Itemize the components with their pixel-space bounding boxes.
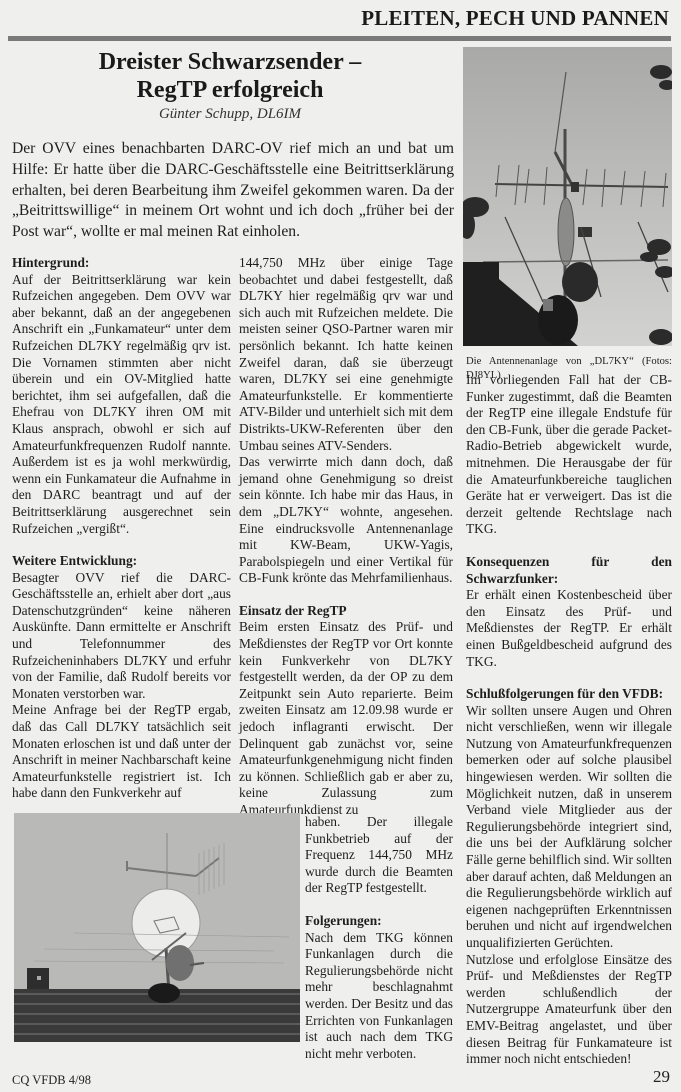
byline: Günter Schupp, DL6IM bbox=[20, 106, 440, 123]
text-hintergrund: Auf der Beitrittserklärung war kein Rufz… bbox=[12, 272, 231, 538]
headline-line-1: Dreister Schwarzsender – bbox=[20, 48, 440, 76]
text-konsequenzen: Er erhält einen Kostenbescheid über den … bbox=[466, 587, 672, 670]
header-rule bbox=[8, 36, 671, 41]
column-2-continued: haben. Der illegale Funkbetrieb auf der … bbox=[305, 814, 453, 1062]
antenna-photo-bottom bbox=[14, 813, 300, 1042]
text-einsatz: Beim ersten Einsatz des Prüf- und Meßdie… bbox=[239, 619, 453, 818]
heading-schlussfolgerungen: Schlußfolgerungen für den VFDB: bbox=[466, 686, 672, 703]
antenna-photo-top bbox=[463, 47, 672, 346]
antenna-photo-image bbox=[463, 47, 672, 346]
column-2: 144,750 MHz über einige Tage beobachtet … bbox=[239, 255, 453, 819]
intro-paragraph: Der OVV eines benachbarten DARC-OV rief … bbox=[12, 139, 454, 243]
text-folgerungen: Nach dem TKG können Funkanlagen durch di… bbox=[305, 930, 453, 1063]
heading-einsatz: Einsatz der RegTP bbox=[239, 603, 453, 620]
text-entwicklung-2: Meine Anfrage bei der RegTP ergab, daß d… bbox=[12, 702, 231, 802]
text-entwicklung-3: 144,750 MHz über einige Tage beobachtet … bbox=[239, 255, 453, 454]
column-3: Im vorliegenden Fall hat der CB-Funker z… bbox=[466, 372, 672, 1068]
section-title: PLEITEN, PECH UND PANNEN bbox=[361, 6, 669, 31]
heading-weitere-entwicklung: Weitere Entwicklung: bbox=[12, 553, 231, 570]
publication-footer: CQ VFDB 4/98 bbox=[12, 1073, 91, 1088]
heading-konsequenzen: Konsequenzen für den Schwarzfunker: bbox=[466, 554, 672, 587]
article-headline: Dreister Schwarzsender – RegTP erfolgrei… bbox=[20, 48, 440, 104]
heading-folgerungen: Folgerungen: bbox=[305, 913, 453, 930]
text-entwicklung-4: Das verwirrte mich dann doch, daß jemand… bbox=[239, 454, 453, 587]
text-schluss-1: Wir sollten unsere Augen und Ohren nicht… bbox=[466, 703, 672, 952]
column-1: Hintergrund: Auf der Beitrittserklärung … bbox=[12, 255, 231, 802]
page-number: 29 bbox=[653, 1067, 670, 1087]
text-einsatz-cont: haben. Der illegale Funkbetrieb auf der … bbox=[305, 814, 453, 897]
text-entwicklung-1: Besagter OVV rief die DARC-Geschäftsstel… bbox=[12, 570, 231, 703]
heading-hintergrund: Hintergrund: bbox=[12, 255, 231, 272]
roof-photo-image bbox=[14, 813, 300, 1042]
text-fall: Im vorliegenden Fall hat der CB-Funker z… bbox=[466, 372, 672, 538]
text-schluss-2: Nutzlose und erfolglose Einsätze des Prü… bbox=[466, 952, 672, 1068]
headline-line-2: RegTP erfolgreich bbox=[20, 76, 440, 104]
